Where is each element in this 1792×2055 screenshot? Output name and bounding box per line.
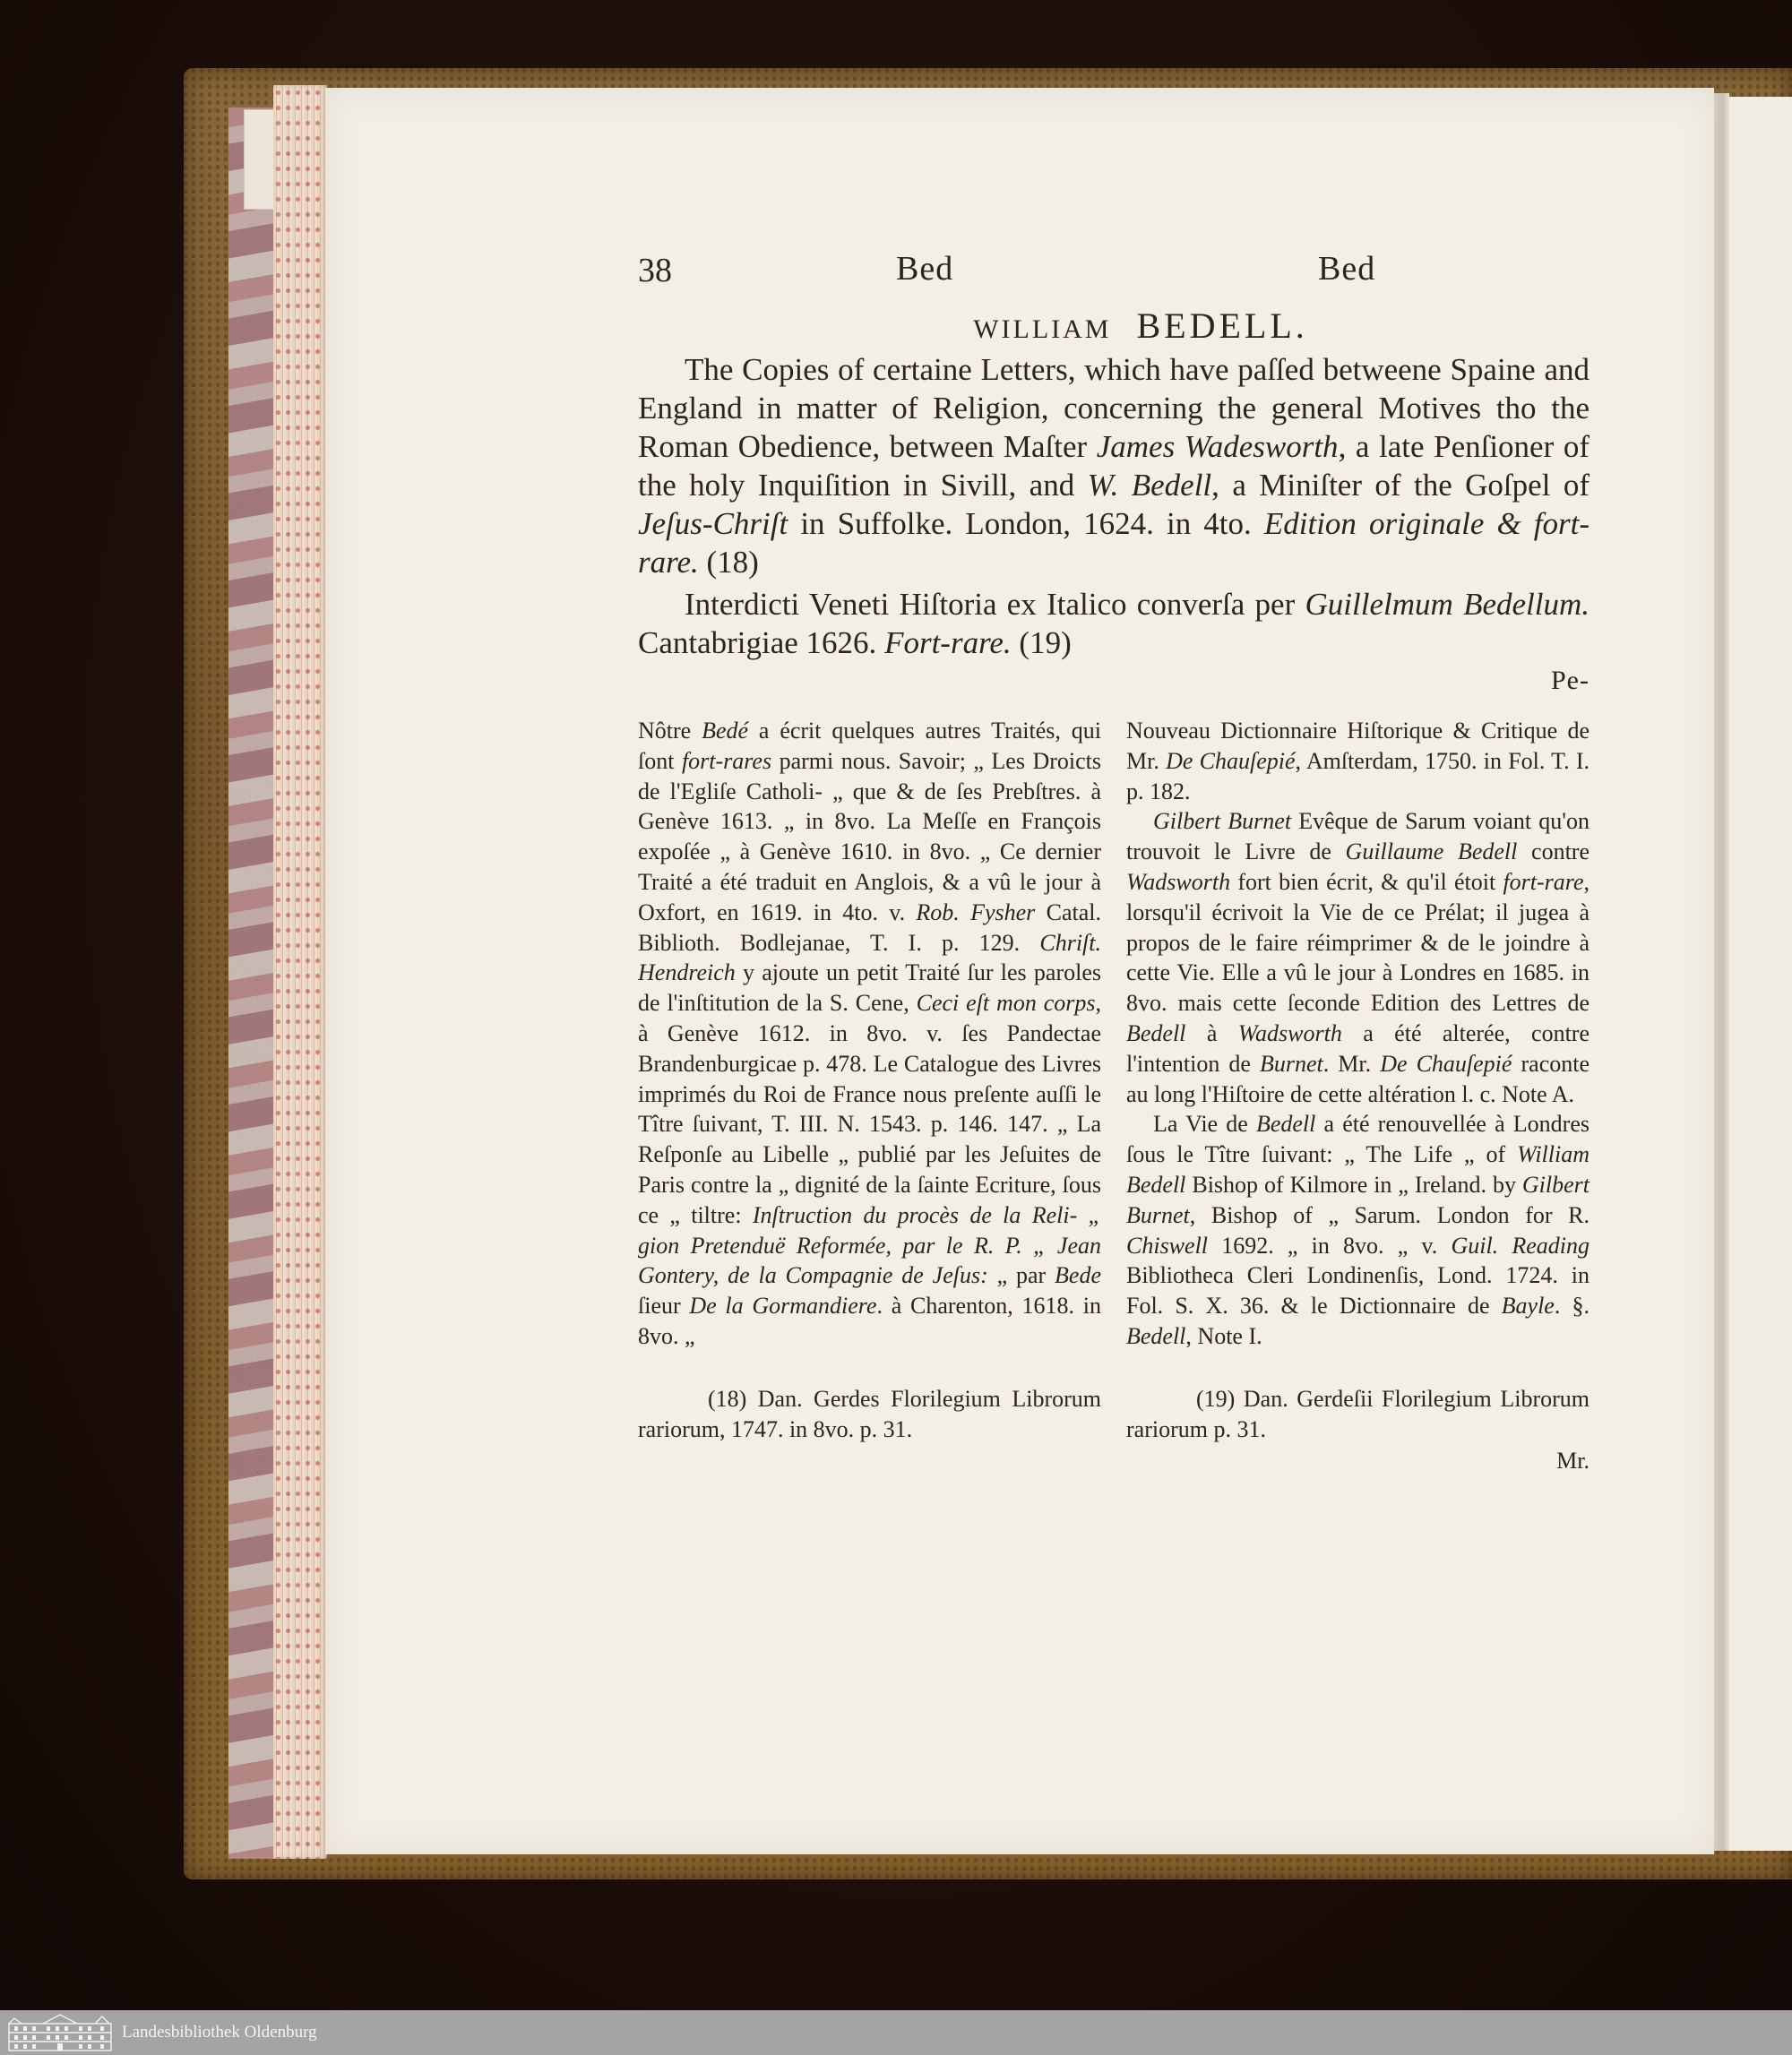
page-number: 38 <box>638 251 672 290</box>
text-run: 1692. „ in 8vo. „ v. <box>1208 1233 1451 1259</box>
italic-run: fort-rare <box>1503 869 1583 895</box>
text-run: „ par <box>988 1262 1055 1288</box>
italic-run: Bedell <box>1256 1111 1315 1137</box>
text-run: Interdicti Veneti Hiſtoria ex Italico co… <box>685 587 1305 622</box>
italic-run: Guillelmum Bedellum. <box>1305 587 1590 622</box>
title-first-name: William <box>973 314 1111 344</box>
text-run: à <box>1185 1020 1237 1046</box>
bibliography-entry-18: The Copies of certaine Letters, which ha… <box>638 350 1590 581</box>
paper-label-slip <box>244 109 274 210</box>
running-head-right: Bed <box>1318 249 1375 288</box>
text-run: , Note I. <box>1185 1323 1262 1349</box>
institution-name: Landesbibliothek Oldenburg <box>122 2023 317 2042</box>
italic-run: Rob. Fysher <box>916 899 1035 925</box>
italic-run: Wadsworth <box>1238 1020 1342 1046</box>
italic-run: Bedé <box>702 718 748 744</box>
italic-run: Bayle <box>1502 1293 1555 1319</box>
footnote-18: (18) Dan. Gerdes Florilegium Librorum ra… <box>638 1384 1101 1445</box>
footnote-19: (19) Dan. Gerdeſii Florilegium Librorum … <box>1126 1384 1590 1445</box>
italic-run: De Chauſepié <box>1380 1051 1512 1077</box>
right-column: Nouveau Dictionnaire Hiſtorique & Critiq… <box>1126 716 1590 1476</box>
marbled-endpaper <box>228 107 278 1859</box>
text-run: in Suffolke. London, 1624. in 4to. <box>788 506 1264 541</box>
text-run: Bishop of Kilmore in „ Ireland. by <box>1185 1172 1521 1198</box>
text-run: , Bishop of „ Sarum. London for R. <box>1190 1202 1590 1228</box>
footer-bar: Landesbibliothek Oldenburg <box>0 2010 1792 2055</box>
library-building-icon <box>7 2013 113 2052</box>
italic-run: De Chauſepié <box>1166 748 1295 774</box>
text-run: . §. <box>1555 1293 1590 1319</box>
italic-run: De la Gormandiere <box>689 1293 876 1319</box>
italic-run: Chiswell <box>1126 1233 1208 1259</box>
italic-run: Bedell <box>1126 1323 1185 1349</box>
catchword-top: Pe- <box>638 666 1590 696</box>
text-run: (18) <box>699 545 759 580</box>
text-run: Cantabrigiae 1626. <box>638 625 884 660</box>
text-run: La Vie de <box>1153 1111 1256 1137</box>
text-run: ſieur <box>638 1293 689 1319</box>
left-column: Nôtre Bedé a écrit quelques autres Trait… <box>638 716 1101 1476</box>
text-run: . Mr. <box>1323 1051 1380 1077</box>
catchword-bottom: Mr. <box>1126 1446 1590 1476</box>
italic-run: Burnet <box>1260 1051 1323 1077</box>
gutter-shadow <box>1713 93 1729 1851</box>
left-column-paragraph: Nôtre Bedé a écrit quelques autres Trait… <box>638 716 1101 1352</box>
italic-run: W. Bedell <box>1088 468 1212 503</box>
speckled-page-edges <box>273 85 327 1859</box>
text-run: (19) <box>1012 625 1072 660</box>
bibliography-entry-19: Interdicti Veneti Hiſtoria ex Italico co… <box>638 585 1590 662</box>
text-run: Nôtre <box>638 718 702 744</box>
italic-run: James Wadesworth <box>1097 429 1339 464</box>
right-column-paragraph-1: Nouveau Dictionnaire Hiſtorique & Critiq… <box>1126 716 1590 806</box>
italic-run: Ceci eſt mon corps <box>917 990 1096 1016</box>
italic-run: Guillaume Bedell <box>1346 838 1518 864</box>
text-run: contre <box>1517 838 1590 864</box>
italic-run: Fort-rare. <box>884 625 1012 660</box>
italic-run: Jeſus-Chriſt <box>638 506 788 541</box>
italic-run: Gilbert Burnet <box>1153 808 1291 834</box>
italic-run: Wadsworth <box>1126 869 1230 895</box>
text-run: , a Miniſter of the Goſpel of <box>1211 468 1590 503</box>
title-surname: BEDELL. <box>1136 305 1307 346</box>
right-column-paragraph-3: La Vie de Bedell a été renouvellée à Lon… <box>1126 1109 1590 1351</box>
running-head-left: Bed <box>896 249 953 288</box>
italic-run: Guil. Reading <box>1451 1233 1590 1259</box>
right-column-paragraph-2: Gilbert Burnet Evêque de Sarum voiant qu… <box>1126 806 1590 1109</box>
italic-run: Bede <box>1055 1262 1101 1288</box>
page-content: 38 Bed Bed William BEDELL. The Copies of… <box>638 242 1590 1476</box>
text-run: , à Genève 1612. in 8vo. v. ſes Pandecta… <box>638 990 1101 1228</box>
commentary-columns: Nôtre Bedé a écrit quelques autres Trait… <box>638 716 1590 1476</box>
italic-run: fort-rares <box>682 748 771 774</box>
facing-page-edge <box>1729 97 1792 1851</box>
text-run: fort bien écrit, & qu'il étoit <box>1230 869 1503 895</box>
italic-run: Bedell <box>1126 1020 1185 1046</box>
running-head: 38 Bed Bed <box>638 242 1590 296</box>
entry-title: William BEDELL. <box>692 305 1590 347</box>
